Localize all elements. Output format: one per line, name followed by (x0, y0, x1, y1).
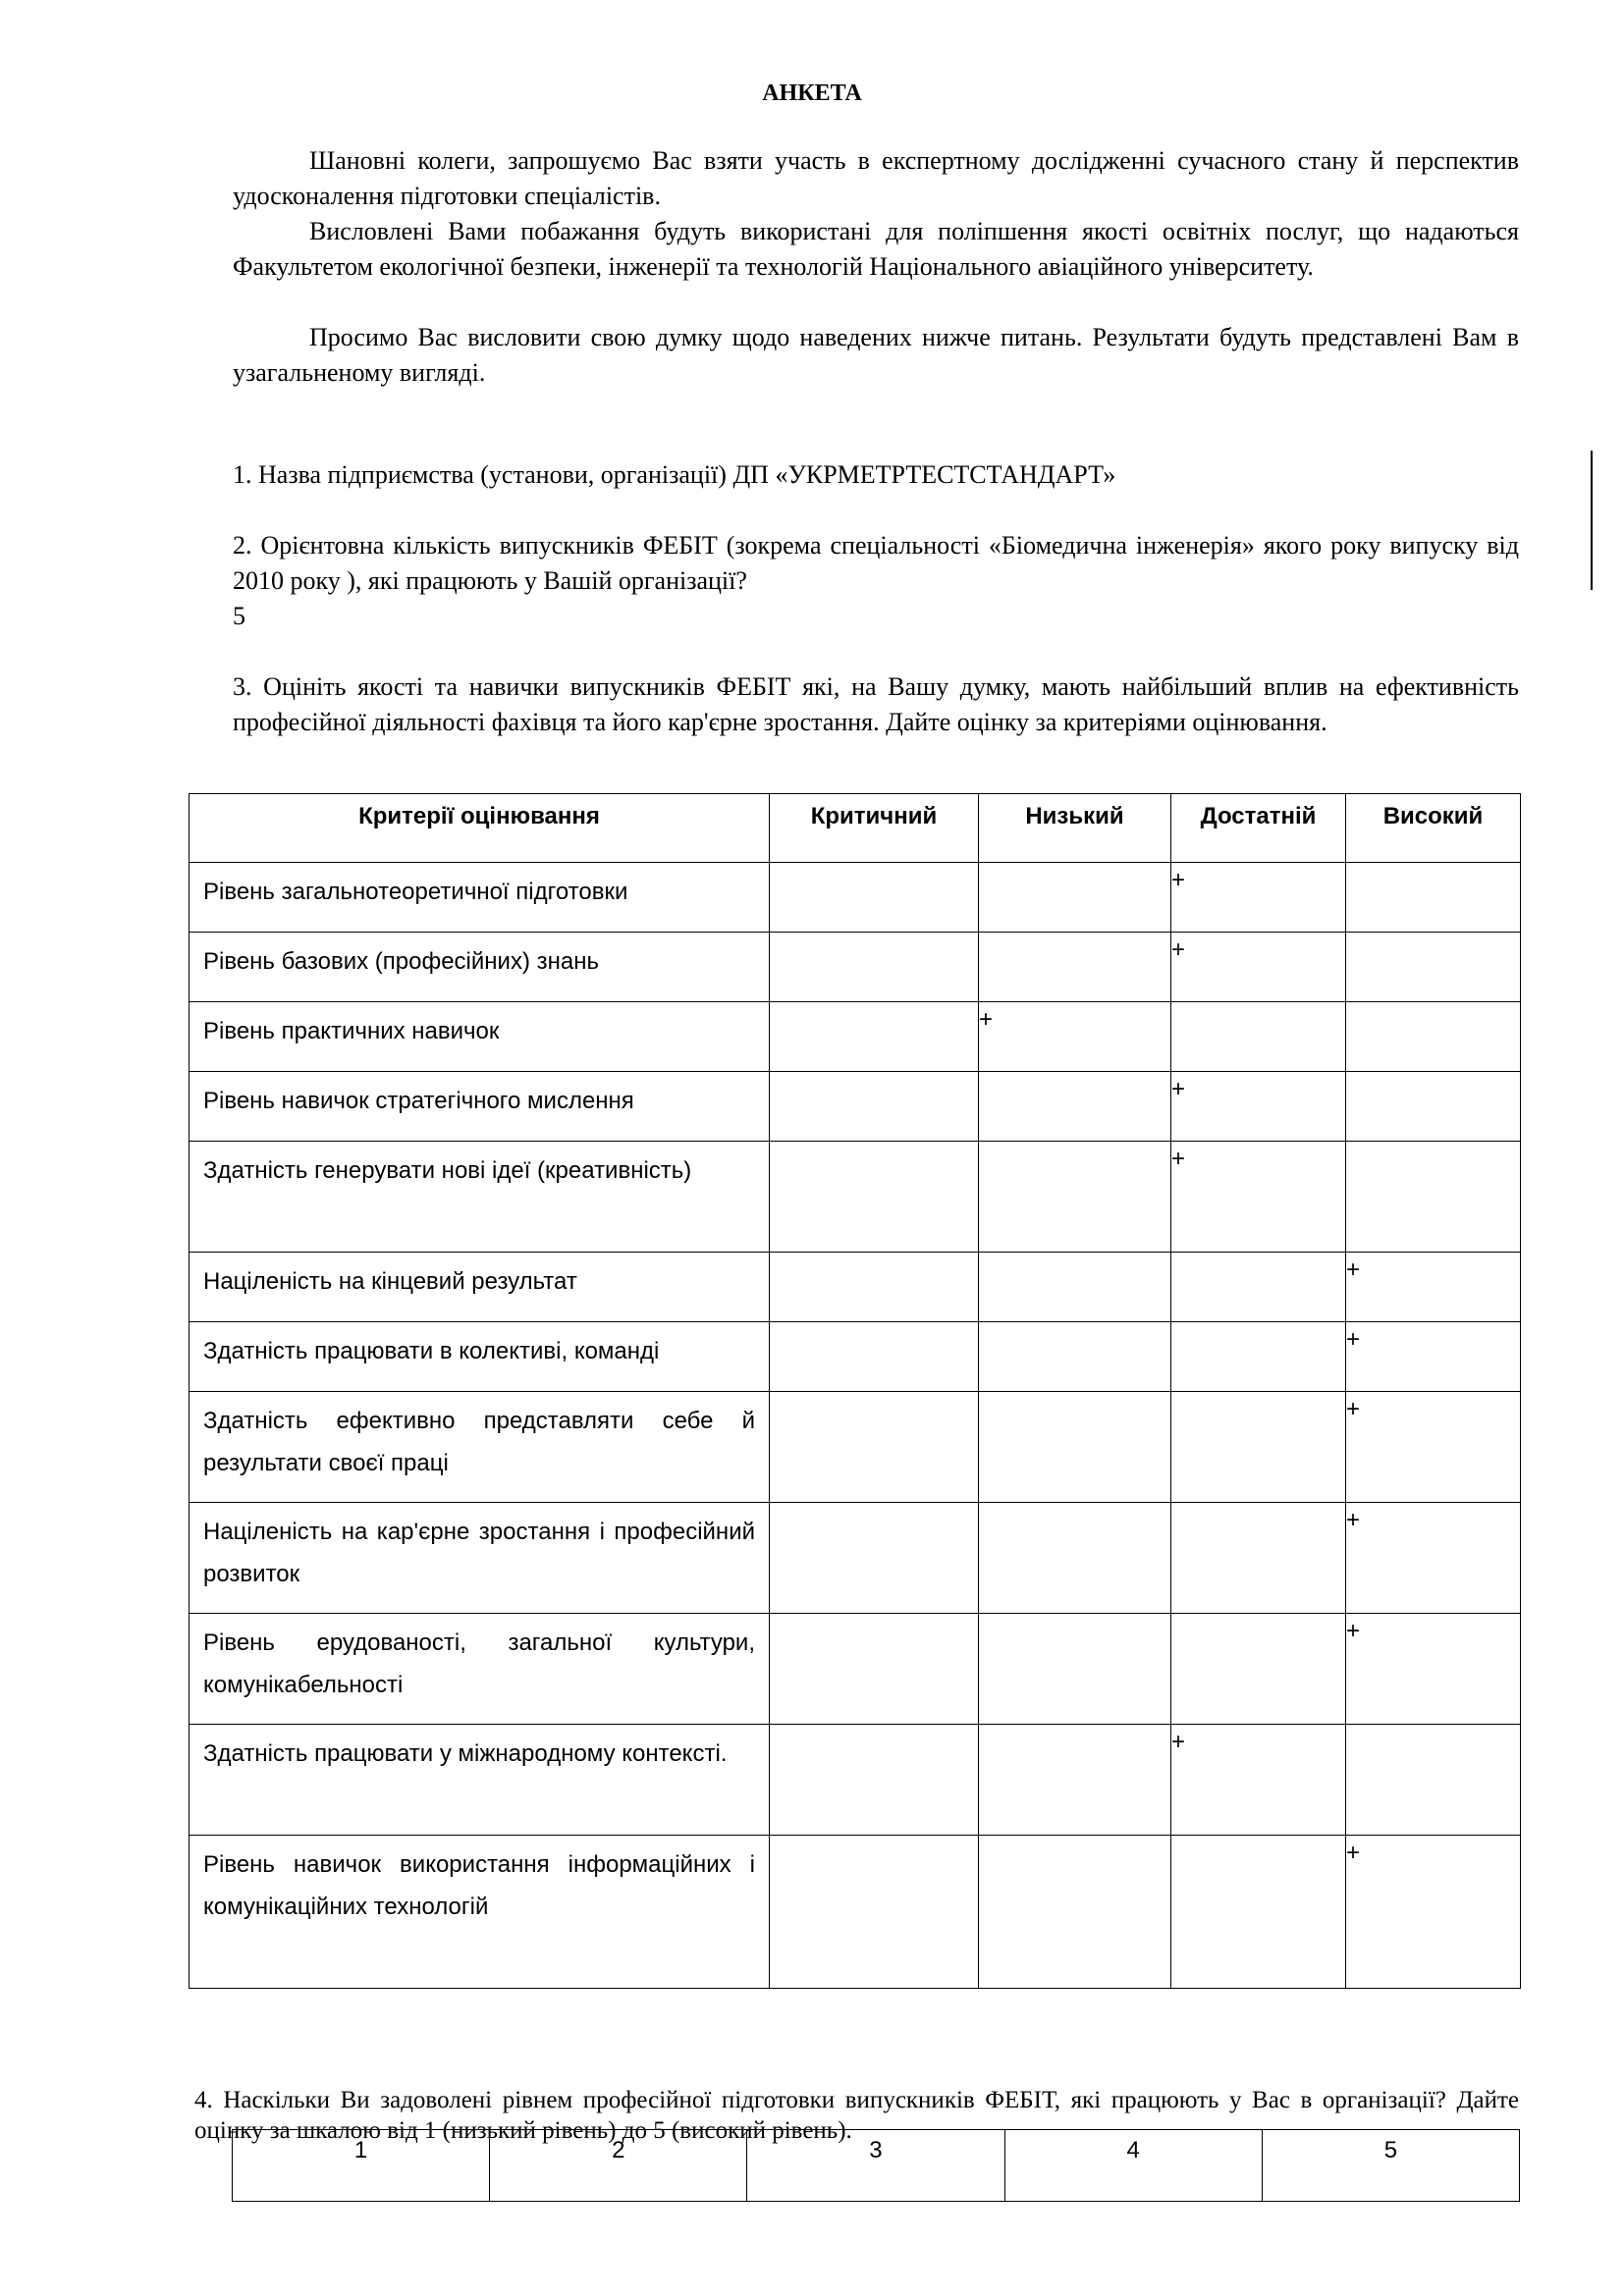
rating-cell-sufficient[interactable] (1171, 1614, 1346, 1725)
criterion-label: Рівень навичок використання інформаційни… (189, 1836, 769, 1928)
satisfaction-scale-table: 12345 (232, 2129, 1520, 2202)
criteria-row: Рівень практичних навичок+ (189, 1002, 1521, 1072)
header-critical: Критичний (770, 794, 979, 863)
header-sufficient: Достатній (1171, 794, 1346, 863)
criterion-label: Рівень ерудованості, загальної культури,… (189, 1614, 769, 1706)
criteria-table-header: Критерії оцінювання Критичний Низький До… (189, 794, 1521, 863)
rating-cell-high[interactable]: + (1346, 1503, 1521, 1614)
intro-paragraph-3: Просимо Вас висловити свою думку щодо на… (233, 320, 1519, 391)
rating-cell-high[interactable] (1346, 933, 1521, 1002)
rating-cell-critical[interactable] (770, 933, 979, 1002)
criteria-row: Рівень базових (професійних) знань+ (189, 933, 1521, 1002)
rating-cell-sufficient[interactable]: + (1171, 1725, 1346, 1836)
criterion-cell: Рівень базових (професійних) знань (189, 933, 770, 1002)
criterion-cell: Здатність працювати у міжнародному конте… (189, 1725, 770, 1836)
rating-cell-sufficient[interactable] (1171, 1836, 1346, 1989)
rating-cell-low[interactable] (979, 1836, 1171, 1989)
criterion-label: Рівень загальнотеоретичної підготовки (189, 863, 769, 913)
question-3-criteria: 3. Оцініть якості та навички випускників… (233, 669, 1519, 740)
rating-cell-critical[interactable] (770, 1072, 979, 1142)
scale-option-4[interactable]: 4 (1004, 2130, 1262, 2202)
rating-cell-low[interactable] (979, 1503, 1171, 1614)
rating-cell-high[interactable] (1346, 1002, 1521, 1072)
criterion-label: Здатність генерувати нові ідеї (креативн… (189, 1142, 769, 1192)
scale-option-5[interactable]: 5 (1262, 2130, 1519, 2202)
rating-cell-high[interactable]: + (1346, 1322, 1521, 1392)
criterion-label: Рівень базових (професійних) знань (189, 933, 769, 983)
criterion-cell: Рівень ерудованості, загальної культури,… (189, 1614, 770, 1725)
rating-cell-low[interactable] (979, 1392, 1171, 1503)
margin-change-bar (1591, 451, 1593, 590)
rating-cell-low[interactable] (979, 1614, 1171, 1725)
criterion-cell: Націленість на кінцевий результат (189, 1253, 770, 1322)
rating-cell-high[interactable] (1346, 863, 1521, 933)
intro-paragraph-1: Шановні колеги, запрошуємо Вас взяти уча… (233, 143, 1519, 214)
rating-cell-high[interactable]: + (1346, 1253, 1521, 1322)
rating-cell-sufficient[interactable] (1171, 1503, 1346, 1614)
criterion-cell: Здатність працювати в колективі, команді (189, 1322, 770, 1392)
form-title: АНКЕТА (0, 79, 1624, 108)
criterion-cell: Рівень навичок стратегічного мислення (189, 1072, 770, 1142)
criteria-row: Націленість на кінцевий результат+ (189, 1253, 1521, 1322)
criteria-row: Здатність працювати у міжнародному конте… (189, 1725, 1521, 1836)
criterion-label: Рівень навичок стратегічного мислення (189, 1072, 769, 1122)
rating-cell-low[interactable] (979, 1072, 1171, 1142)
question-2-graduates-count: 2. Орієнтовна кількість випускників ФЕБІ… (233, 528, 1519, 599)
rating-cell-critical[interactable] (770, 1614, 979, 1725)
rating-cell-sufficient[interactable]: + (1171, 1072, 1346, 1142)
criteria-row: Націленість на кар'єрне зростання і проф… (189, 1503, 1521, 1614)
criteria-row: Здатність генерувати нові ідеї (креативн… (189, 1142, 1521, 1253)
criterion-cell: Націленість на кар'єрне зростання і проф… (189, 1503, 770, 1614)
rating-cell-high[interactable] (1346, 1725, 1521, 1836)
criterion-label: Здатність працювати в колективі, команді (189, 1322, 769, 1372)
criteria-row: Здатність ефективно представляти себе й … (189, 1392, 1521, 1503)
question-1-organization: 1. Назва підприємства (установи, організ… (233, 457, 1519, 493)
rating-cell-high[interactable] (1346, 1142, 1521, 1253)
criterion-cell: Здатність генерувати нові ідеї (креативн… (189, 1142, 770, 1253)
scale-option-2[interactable]: 2 (490, 2130, 747, 2202)
scale-row: 12345 (233, 2130, 1520, 2202)
rating-cell-critical[interactable] (770, 1503, 979, 1614)
criterion-label: Здатність працювати у міжнародному конте… (189, 1725, 769, 1775)
criteria-row: Рівень ерудованості, загальної культури,… (189, 1614, 1521, 1725)
rating-cell-low[interactable] (979, 1725, 1171, 1836)
rating-cell-low[interactable] (979, 1142, 1171, 1253)
rating-cell-sufficient[interactable]: + (1171, 933, 1346, 1002)
rating-cell-sufficient[interactable] (1171, 1392, 1346, 1503)
rating-cell-critical[interactable] (770, 1836, 979, 1989)
criterion-cell: Рівень практичних навичок (189, 1002, 770, 1072)
criteria-row: Рівень навичок стратегічного мислення+ (189, 1072, 1521, 1142)
rating-cell-low[interactable] (979, 933, 1171, 1002)
rating-cell-critical[interactable] (770, 1392, 979, 1503)
criterion-cell: Рівень загальнотеоретичної підготовки (189, 863, 770, 933)
criterion-label: Націленість на кінцевий результат (189, 1253, 769, 1303)
header-high: Високий (1346, 794, 1521, 863)
rating-cell-critical[interactable] (770, 1725, 979, 1836)
header-criteria: Критерії оцінювання (189, 794, 770, 863)
rating-cell-sufficient[interactable] (1171, 1002, 1346, 1072)
rating-cell-sufficient[interactable]: + (1171, 1142, 1346, 1253)
rating-cell-critical[interactable] (770, 1322, 979, 1392)
criterion-label: Здатність ефективно представляти себе й … (189, 1392, 769, 1484)
header-low: Низький (979, 794, 1171, 863)
rating-cell-low[interactable]: + (979, 1002, 1171, 1072)
rating-cell-high[interactable]: + (1346, 1836, 1521, 1989)
rating-cell-critical[interactable] (770, 1142, 979, 1253)
criterion-label: Націленість на кар'єрне зростання і проф… (189, 1503, 769, 1595)
rating-cell-sufficient[interactable] (1171, 1322, 1346, 1392)
question-2-answer[interactable]: 5 (233, 599, 245, 634)
rating-cell-critical[interactable] (770, 863, 979, 933)
rating-cell-sufficient[interactable] (1171, 1253, 1346, 1322)
criteria-rating-table: Критерії оцінювання Критичний Низький До… (189, 793, 1521, 1989)
criteria-row: Рівень навичок використання інформаційни… (189, 1836, 1521, 1989)
rating-cell-low[interactable] (979, 1253, 1171, 1322)
rating-cell-high[interactable]: + (1346, 1392, 1521, 1503)
scale-option-3[interactable]: 3 (747, 2130, 1004, 2202)
rating-cell-high[interactable] (1346, 1072, 1521, 1142)
rating-cell-high[interactable]: + (1346, 1614, 1521, 1725)
rating-cell-critical[interactable] (770, 1002, 979, 1072)
rating-cell-low[interactable] (979, 863, 1171, 933)
rating-cell-sufficient[interactable]: + (1171, 863, 1346, 933)
criterion-cell: Здатність ефективно представляти себе й … (189, 1392, 770, 1503)
criterion-cell: Рівень навичок використання інформаційни… (189, 1836, 770, 1989)
intro-paragraph-2: Висловлені Вами побажання будуть викорис… (233, 214, 1519, 285)
scale-option-1[interactable]: 1 (233, 2130, 490, 2202)
rating-cell-critical[interactable] (770, 1253, 979, 1322)
rating-cell-low[interactable] (979, 1322, 1171, 1392)
criteria-row: Рівень загальнотеоретичної підготовки+ (189, 863, 1521, 933)
criteria-row: Здатність працювати в колективі, команді… (189, 1322, 1521, 1392)
criterion-label: Рівень практичних навичок (189, 1002, 769, 1052)
